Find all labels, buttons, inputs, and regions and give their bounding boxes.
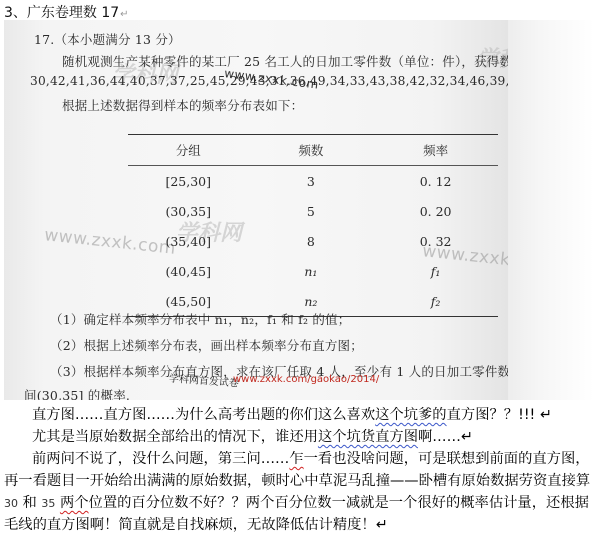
table-intro: 根据上述数据得到样本的频率分布表如下： (62, 96, 303, 114)
spelling-underline: 乍 (289, 451, 303, 467)
number-30: 30 (4, 497, 18, 510)
cell-count: n₁ (248, 256, 373, 286)
problem-title: 17.（本小题满分 13 分） (34, 30, 181, 48)
cell-group: (35,40] (128, 226, 248, 256)
text-span: 前两问不说了，没什么问题，第三问…… (32, 451, 289, 467)
text-span: 和 (18, 495, 41, 511)
table-header-row: 分组 频数 频率 (128, 135, 498, 166)
cell-group: [25,30] (128, 166, 248, 197)
text-span: 再一看题目一开始给出满满的原始数据，顿时心中草泥马乱撞——卧槽有原始数据劳资直接… (4, 473, 590, 489)
cell-freq: 0. 20 (373, 196, 498, 226)
paragraph-mark: ↵ (120, 9, 128, 20)
text-span: 直方图……直方图……为什么高考出题的你们这么喜欢 (32, 407, 375, 423)
text-span: 直方图？？!!! ↵ (447, 407, 552, 423)
grammar-underline: 这个坑货直方图 (318, 429, 418, 445)
text-span: 一看也没啥问题，可是联想到前面的直方图， (304, 451, 590, 467)
cell-freq: 0. 12 (373, 166, 498, 197)
frequency-table: 分组 频数 频率 [25,30] 3 0. 12 (30,35] 5 0. 20… (128, 134, 498, 317)
cell-count: 3 (248, 166, 373, 197)
problem-data: 30,42,41,36,44,40,37,37,25,45,29,43,31,3… (30, 74, 508, 88)
commentary-line-1: 直方图……直方图……为什么高考出题的你们这么喜欢这个坑爹的直方图？？!!! ↵ (4, 404, 594, 426)
commentary: 直方图……直方图……为什么高考出题的你们这么喜欢这个坑爹的直方图？？!!! ↵ … (4, 404, 594, 536)
cell-freq: 0. 32 (373, 226, 498, 256)
problem-intro: 随机观测生产某种零件的某工厂 25 名工人的日加工零件数（单位：件），获得数据如… (62, 52, 508, 70)
table-row: (35,40] 8 0. 32 (128, 226, 498, 256)
table-row: [25,30] 3 0. 12 (128, 166, 498, 197)
header-group: 分组 (128, 135, 248, 166)
text-span: 毛线的直方图啊！简直就是自找麻烦，无故降低估计精度！↵ (4, 517, 388, 533)
watermark-footer-red: www.zxxk.com/gaokao/2014/ (233, 374, 379, 385)
cell-group: (40,45] (128, 256, 248, 286)
document-heading: 3、广东卷理数 17↵ (4, 2, 129, 22)
question-2: （2）根据上述频率分布表，画出样本频率分布直方图； (50, 336, 363, 354)
commentary-line-5: 30 和 35 两个位置的百分位数不好？？两个百分位数一减就是一个很好的概率估计… (4, 492, 594, 514)
text-span: 位置的百分位数不好？？两个百分位数一减就是一个很好的概率估计量，还根据 (89, 495, 589, 511)
exam-photo: 学科网 学科网 学科网 www.zxxk.com www.zxxk.com ww… (4, 20, 508, 400)
table-row: (30,35] 5 0. 20 (128, 196, 498, 226)
commentary-line-4: 再一看题目一开始给出满满的原始数据，顿时心中草泥马乱撞——卧槽有原始数据劳资直接… (4, 470, 594, 492)
question-1: （1）确定样本频率分布表中 n₁，n₂，f₁ 和 f₂ 的值； (50, 310, 350, 328)
cell-freq: f₁ (373, 256, 498, 286)
grammar-underline: 这个坑爹的 (375, 407, 446, 423)
commentary-line-2: 尤其是当原始数据全部给出的情况下，谁还用这个坑货直方图啊……↵ (4, 426, 594, 448)
text-span: 尤其是当原始数据全部给出的情况下，谁还用 (32, 429, 318, 445)
cell-count: 5 (248, 196, 373, 226)
commentary-line-6: 毛线的直方图啊！简直就是自找麻烦，无故降低估计精度！↵ (4, 514, 594, 536)
text-span: 啊……↵ (418, 429, 473, 445)
cell-group: (30,35] (128, 196, 248, 226)
header-count: 频数 (248, 135, 373, 166)
photo-edge-fade (504, 20, 594, 400)
spelling-underline: 两个 (60, 495, 89, 511)
heading-text: 3、广东卷理数 17 (4, 5, 119, 21)
question-3-cont: 间(30,35] 的概率. (24, 386, 130, 400)
number-35: 35 (41, 497, 55, 510)
cell-freq: f₂ (373, 286, 498, 317)
cell-count: 8 (248, 226, 373, 256)
header-freq: 频率 (373, 135, 498, 166)
commentary-line-3: 前两问不说了，没什么问题，第三问……乍一看也没啥问题，可是联想到前面的直方图， (4, 448, 594, 470)
table-row: (40,45] n₁ f₁ (128, 256, 498, 286)
